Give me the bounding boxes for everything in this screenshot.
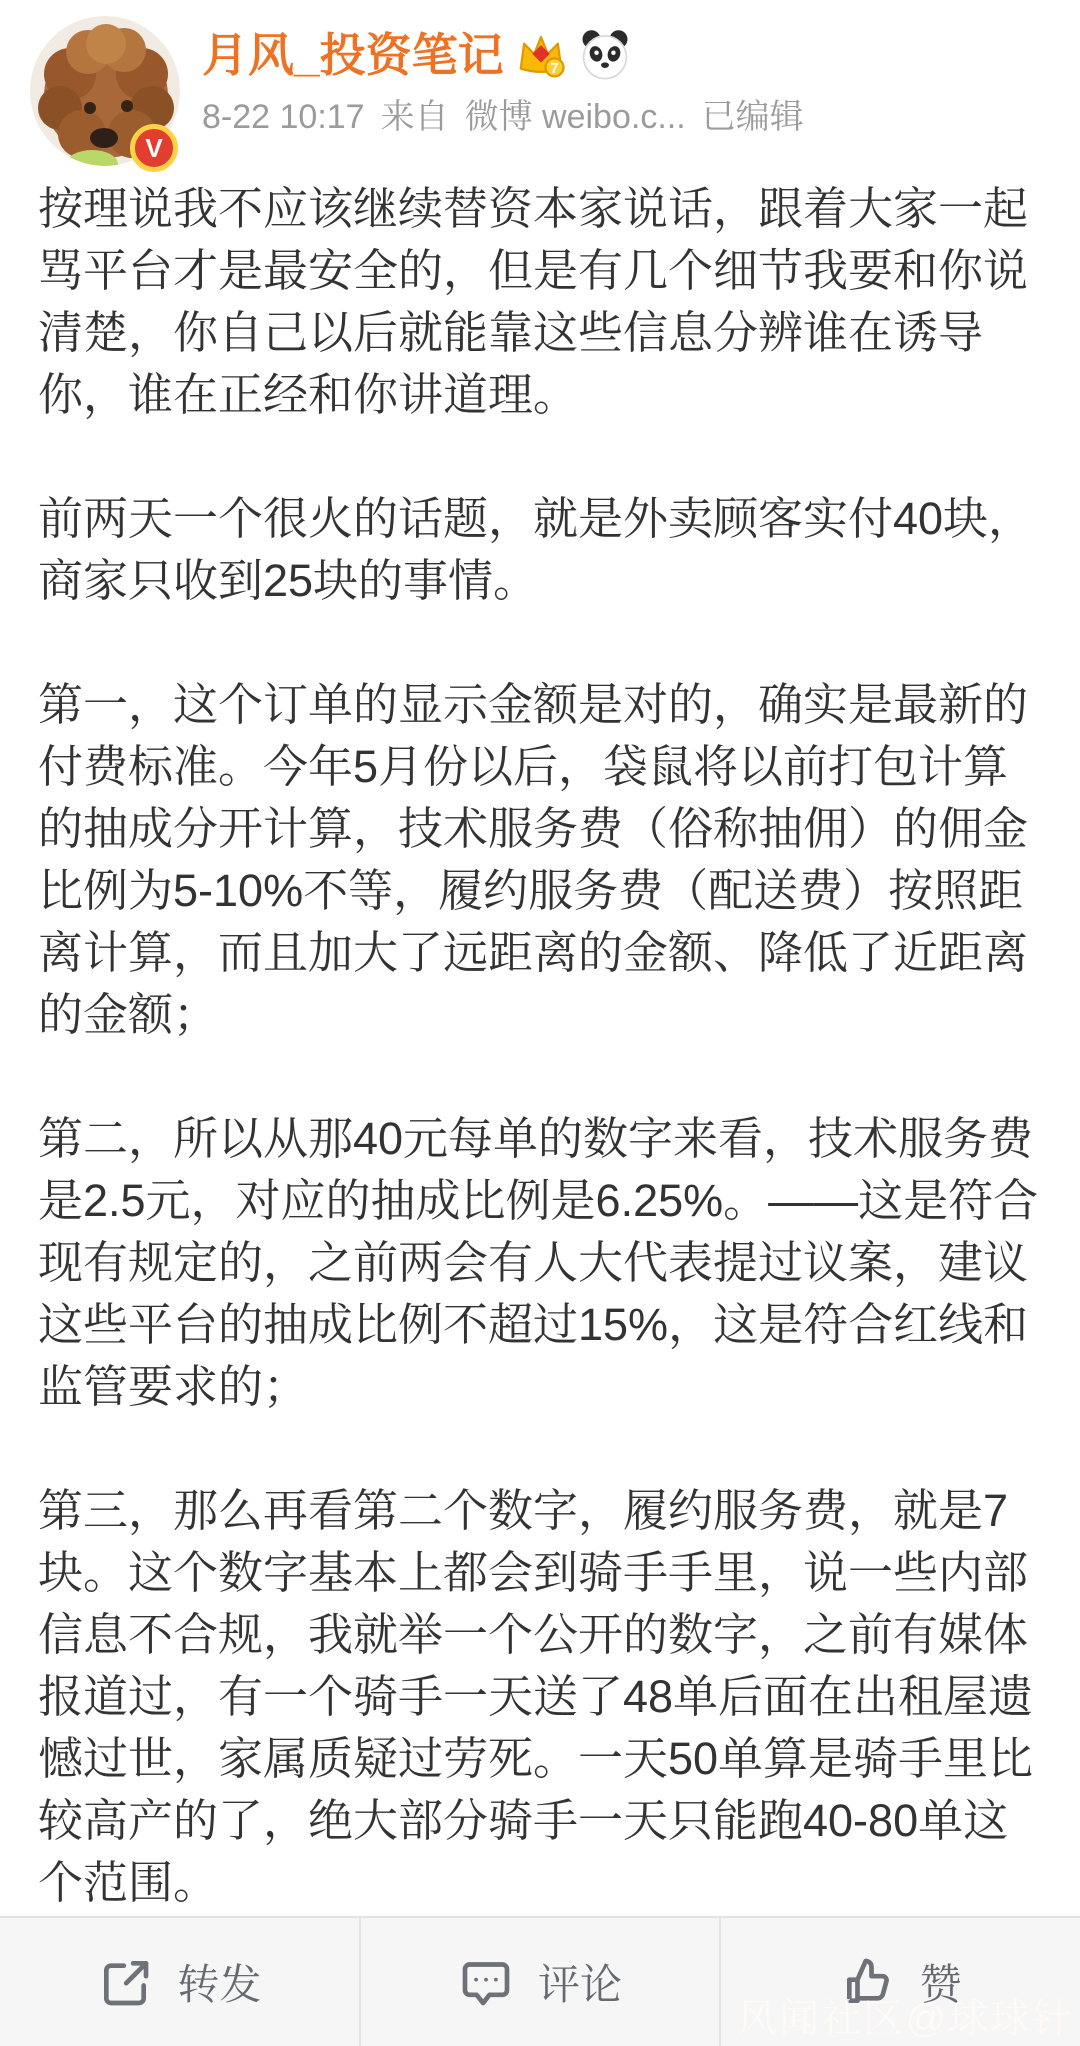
vip-crown-icon: 7 bbox=[514, 28, 568, 82]
repost-button[interactable]: 转发 bbox=[0, 1918, 359, 2046]
post-paragraph: 第一，这个订单的显示金额是对的，确实是最新的付费标准。今年5月份以后，袋鼠将以前… bbox=[38, 674, 1046, 1046]
edited-label[interactable]: 已编辑 bbox=[702, 98, 804, 136]
action-bar: 转发 评论 赞 风闻社区@球球针 bbox=[0, 1916, 1080, 2046]
post-meta: 8-22 10:17 来自 微博 weibo.c... 已编辑 bbox=[202, 98, 1052, 136]
repost-label: 转发 bbox=[177, 1952, 261, 2012]
repost-icon bbox=[97, 1954, 153, 2010]
weibo-post-card: V 月风_投资笔记 7 bbox=[0, 0, 1080, 2046]
panda-emoji-icon bbox=[578, 28, 632, 82]
name-row: 月风_投资笔记 7 bbox=[202, 28, 1052, 82]
svg-text:7: 7 bbox=[550, 61, 558, 77]
post-body: 按理说我不应该继续替资本家说话，跟着大家一起骂平台才是最安全的，但是有几个细节我… bbox=[0, 170, 1080, 1914]
source-prefix: 来自 bbox=[381, 98, 449, 136]
post-header: V 月风_投资笔记 7 bbox=[0, 0, 1080, 170]
source-link[interactable]: 微博 weibo.c... bbox=[465, 98, 686, 136]
username[interactable]: 月风_投资笔记 bbox=[202, 29, 504, 81]
like-label: 赞 bbox=[920, 1952, 962, 2012]
timestamp: 8-22 10:17 bbox=[202, 98, 365, 136]
post-paragraph: 按理说我不应该继续替资本家说话，跟着大家一起骂平台才是最安全的，但是有几个细节我… bbox=[38, 178, 1046, 426]
header-text: 月风_投资笔记 7 bbox=[180, 16, 1052, 136]
post-paragraph: 第三，那么再看第二个数字，履约服务费，就是7块。这个数字基本上都会到骑手手里，说… bbox=[38, 1480, 1046, 1914]
like-button[interactable]: 赞 bbox=[719, 1918, 1080, 2046]
post-paragraph: 前两天一个很火的话题，就是外卖顾客实付40块，商家只收到25块的事情。 bbox=[38, 488, 1046, 612]
verified-badge: V bbox=[130, 124, 178, 172]
avatar[interactable]: V bbox=[30, 16, 180, 166]
thumbs-up-icon bbox=[840, 1954, 896, 2010]
comment-label: 评论 bbox=[538, 1952, 622, 2012]
post-paragraph: 第二，所以从那40元每单的数字来看，技术服务费是2.5元，对应的抽成比例是6.2… bbox=[38, 1108, 1046, 1418]
comment-icon bbox=[458, 1954, 514, 2010]
comment-button[interactable]: 评论 bbox=[359, 1918, 720, 2046]
